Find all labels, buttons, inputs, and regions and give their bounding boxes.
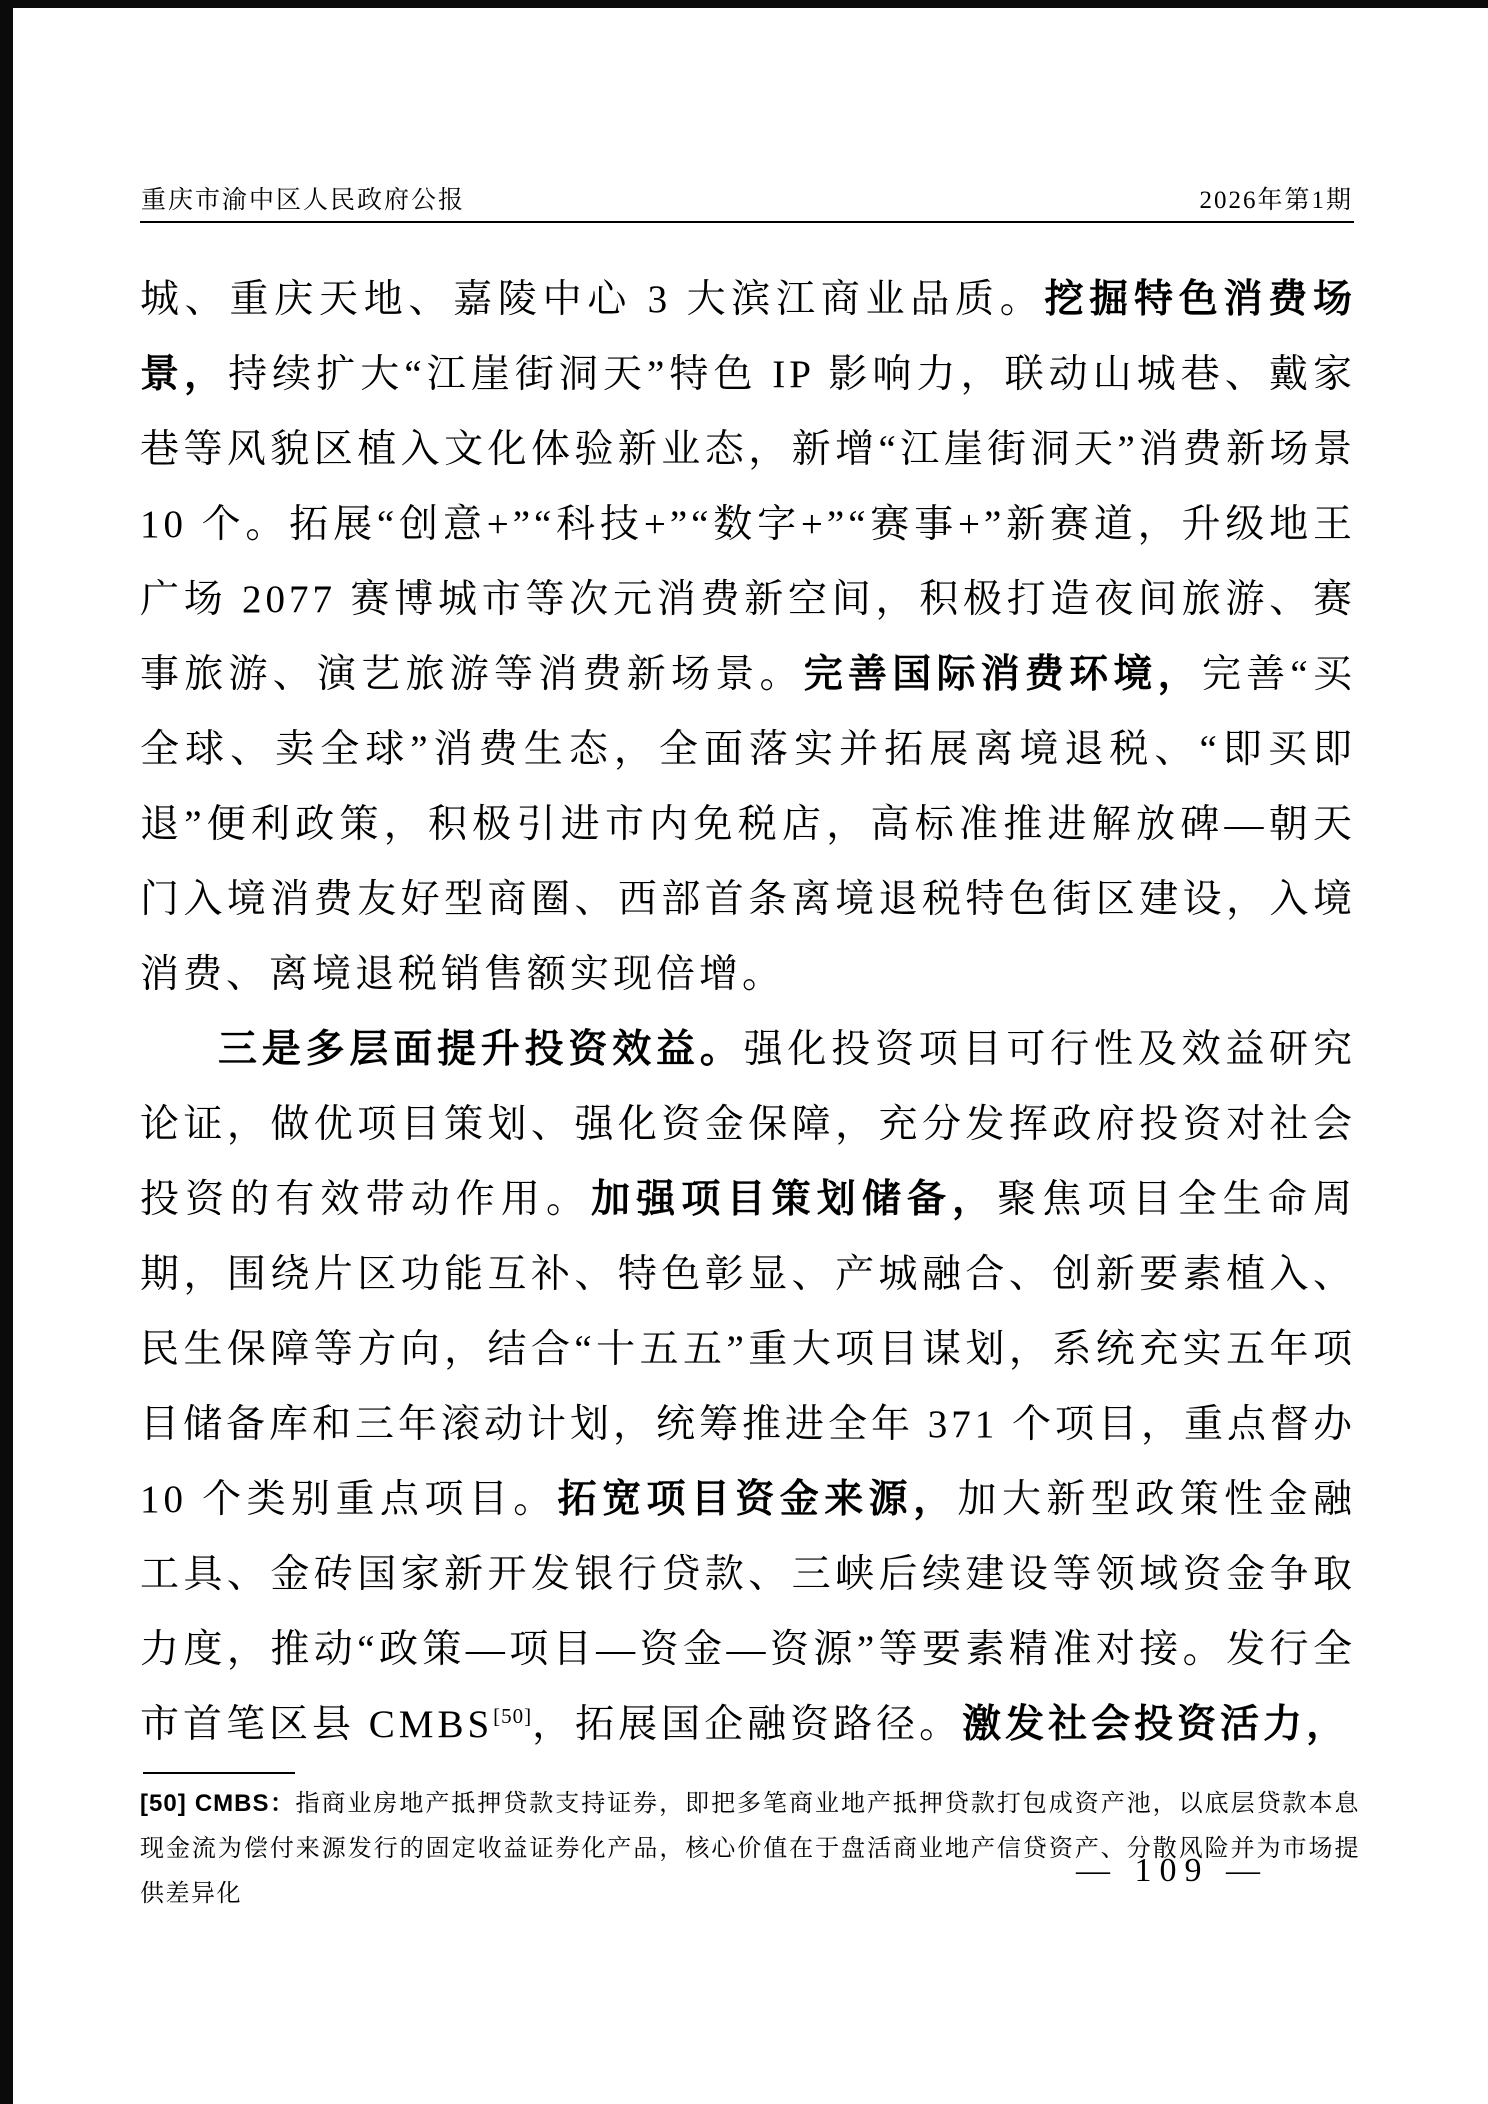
scan-edge-left-bar: [0, 0, 13, 2104]
header: 重庆市渝中区人民政府公报 2026年第1期: [141, 180, 1353, 216]
page-number: — 109 —: [1076, 1852, 1268, 1890]
text-segment: 持续扩大“江崖街洞天”特色 IP 影响力，联动山城巷、戴家巷等风貌区植入文化体验…: [140, 353, 1356, 696]
header-gazette-title: 重庆市渝中区人民政府公报: [141, 180, 465, 216]
paragraph: 城、重庆天地、嘉陵中心 3 大滨江商业品质。挖掘特色消费场景，持续扩大“江崖街洞…: [140, 262, 1356, 1012]
text-segment: 城、重庆天地、嘉陵中心 3 大滨江商业品质。: [140, 278, 1045, 321]
document-body: 城、重庆天地、嘉陵中心 3 大滨江商业品质。挖掘特色消费场景，持续扩大“江崖街洞…: [140, 262, 1356, 1762]
paragraph: 三是多层面提升投资效益。强化投资项目可行性及效益研究论证，做优项目策划、强化资金…: [140, 1012, 1356, 1762]
footnote-separator: [143, 1772, 295, 1774]
bold-text-segment: 激发社会投资活力，: [962, 1703, 1349, 1746]
bold-text-segment: 三是多层面提升投资效益。: [218, 1028, 744, 1071]
header-issue-label: 2026年第1期: [1199, 180, 1353, 216]
bold-text-segment: 拓宽项目资金来源，: [558, 1478, 958, 1521]
footnote-marker: [50] CMBS：: [140, 1790, 295, 1817]
bold-text-segment: 完善国际消费环境，: [804, 653, 1202, 696]
text-segment: ，拓展国企融资路径。: [532, 1703, 962, 1746]
page: 重庆市渝中区人民政府公报 2026年第1期 城、重庆天地、嘉陵中心 3 大滨江商…: [0, 0, 1488, 2104]
text-segment: 完善“买全球、卖全球”消费生态，全面落实并拓展离境退税、“即买即退”便利政策，积…: [140, 653, 1356, 996]
footnote: [50] CMBS：指商业房地产抵押贷款支持证券，即把多笔商业地产抵押贷款打包成…: [140, 1781, 1360, 1917]
bold-text-segment: 加强项目策划储备，: [591, 1178, 997, 1221]
text-segment: 聚焦项目全生命周期，围绕片区功能互补、特色彰显、产城融合、创新要素植入、民生保障…: [140, 1178, 1356, 1521]
scan-edge-top-bar: [0, 0, 1488, 8]
footnote-reference: [50]: [493, 1704, 532, 1728]
header-rule: [140, 221, 1354, 223]
